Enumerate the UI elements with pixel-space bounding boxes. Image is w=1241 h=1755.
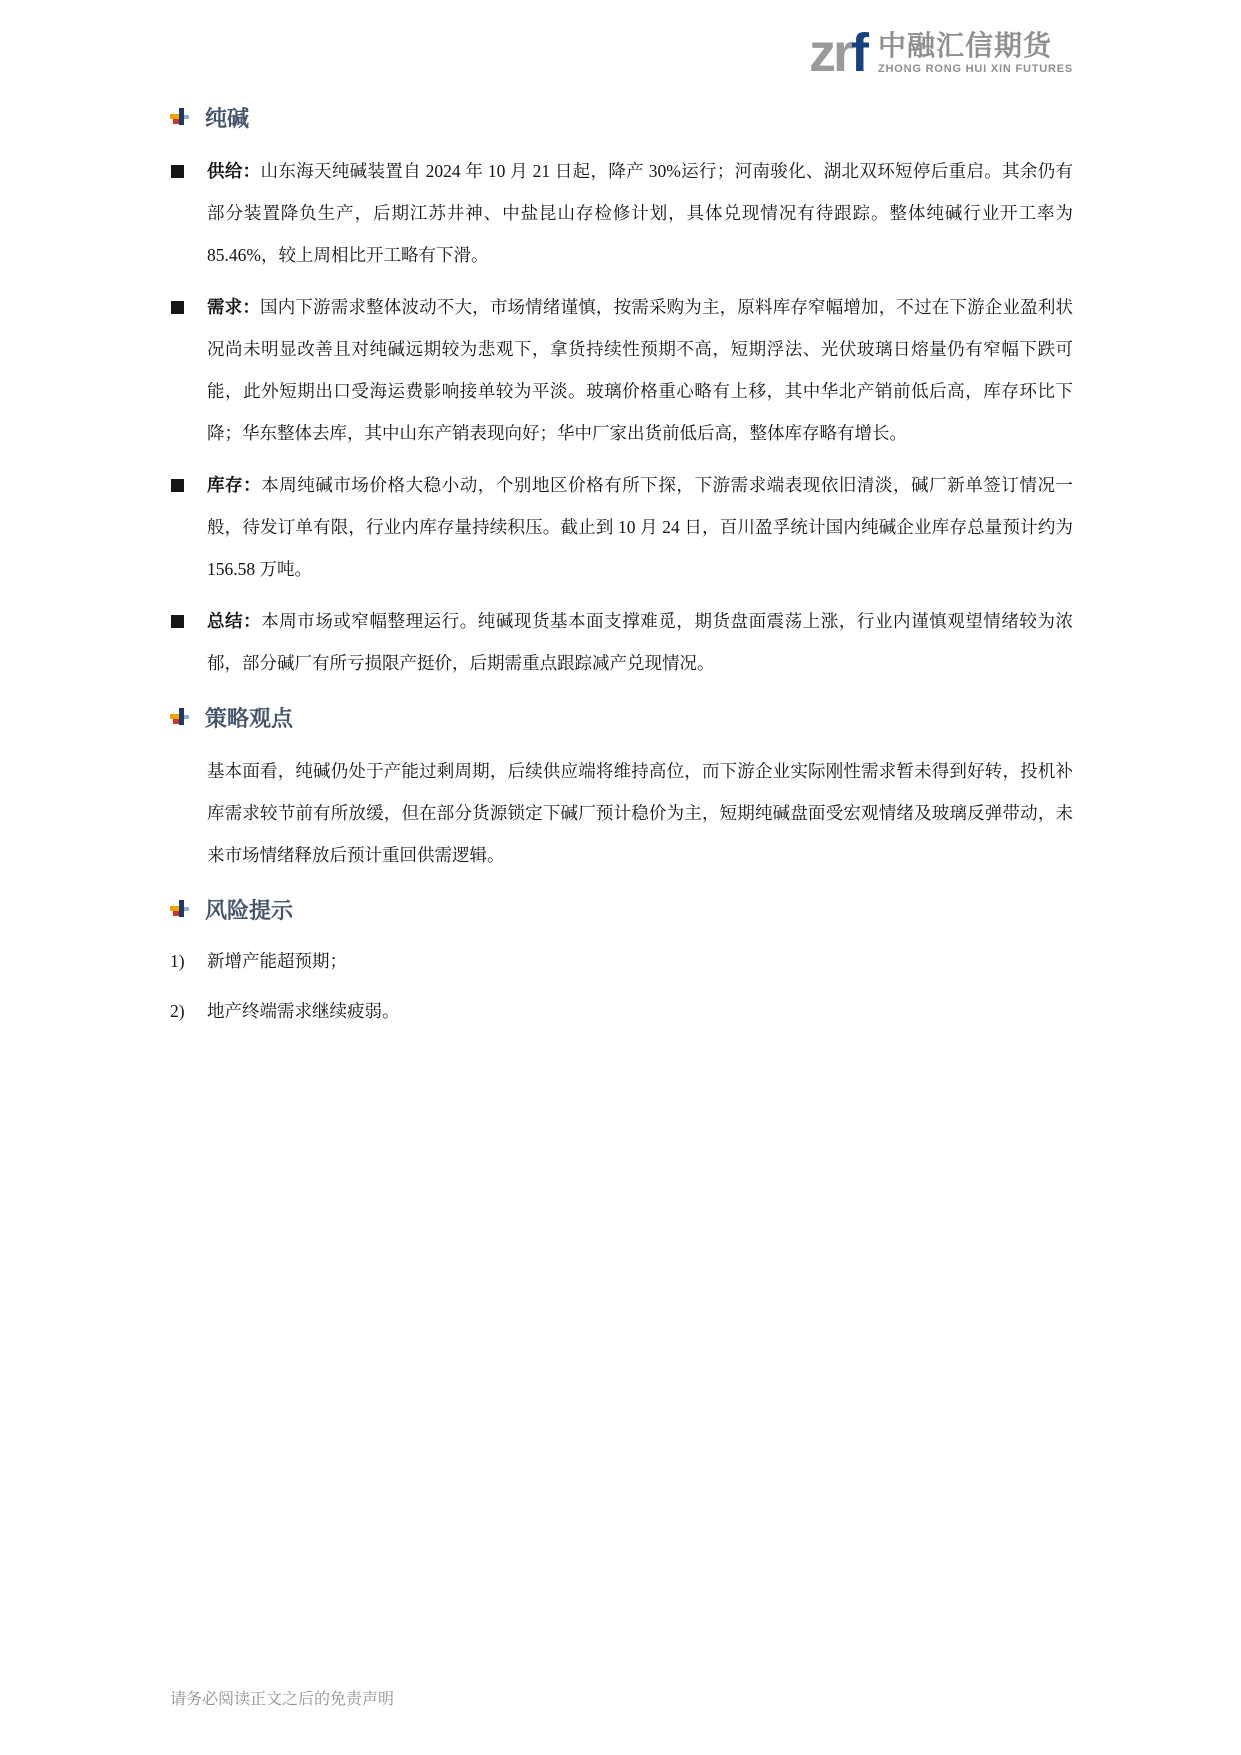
strategy-paragraph: 基本面看，纯碱仍处于产能过剩周期，后续供应端将维持高位，而下游企业实际刚性需求暂… — [170, 750, 1073, 876]
logo-f-text: f — [851, 23, 866, 83]
square-bullet-icon — [171, 615, 184, 628]
supply-paragraph: 供给：山东海天纯碱装置自 2024 年 10 月 21 日起，降产 30%运行；… — [170, 150, 1073, 276]
brand-name-en: ZHONG RONG HUI XIN FUTURES — [878, 63, 1073, 75]
supply-label: 供给： — [207, 161, 261, 181]
summary-label: 总结： — [207, 611, 261, 631]
risk-item-number: 1) — [170, 940, 207, 982]
demand-paragraph: 需求：国内下游需求整体波动不大，市场情绪谨慎，按需采购为主，原料库存窄幅增加，不… — [170, 286, 1073, 454]
report-body: 纯碱 供给：山东海天纯碱装置自 2024 年 10 月 21 日起，降产 30%… — [170, 94, 1073, 1040]
summary-text: 本周市场或窄幅整理运行。纯碱现货基本面支撑难觅，期货盘面震荡上涨，行业内谨慎观望… — [207, 611, 1073, 673]
risk-item: 2)地产终端需求继续疲弱。 — [170, 990, 1073, 1032]
risk-item-text: 新增产能超预期； — [207, 951, 347, 971]
disclaimer-text: 请务必阅读正文之后的免责声明 — [170, 1691, 394, 1708]
windmill-bullet-icon — [170, 707, 190, 727]
section-heading-soda-ash: 纯碱 — [170, 94, 1073, 140]
brand-logo: zrf 中融汇信期货 ZHONG RONG HUI XIN FUTURES — [809, 26, 1073, 80]
section-title: 纯碱 — [205, 102, 249, 133]
supply-text: 山东海天纯碱装置自 2024 年 10 月 21 日起，降产 30%运行；河南骏… — [207, 161, 1073, 265]
square-bullet-icon — [171, 301, 184, 314]
demand-label: 需求： — [207, 297, 260, 317]
section-heading-risk: 风险提示 — [170, 886, 1073, 932]
square-bullet-icon — [171, 479, 184, 492]
windmill-bullet-icon — [170, 107, 190, 127]
risk-item-number: 2) — [170, 990, 207, 1032]
section-title: 策略观点 — [205, 702, 293, 733]
section-title: 风险提示 — [205, 894, 293, 925]
inventory-label: 库存： — [207, 475, 261, 495]
document-page: zrf 中融汇信期货 ZHONG RONG HUI XIN FUTURES 纯碱 — [0, 0, 1241, 1755]
summary-paragraph: 总结：本周市场或窄幅整理运行。纯碱现货基本面支撑难觅，期货盘面震荡上涨，行业内谨… — [170, 600, 1073, 684]
brand-names: 中融汇信期货 ZHONG RONG HUI XIN FUTURES — [878, 31, 1073, 76]
disclaimer-footer: 请务必阅读正文之后的免责声明 — [170, 1686, 394, 1709]
windmill-bullet-icon — [170, 899, 190, 919]
risk-list: 1)新增产能超预期； 2)地产终端需求继续疲弱。 — [170, 940, 1073, 1032]
section-heading-strategy: 策略观点 — [170, 694, 1073, 740]
square-bullet-icon — [171, 165, 184, 178]
risk-item: 1)新增产能超预期； — [170, 940, 1073, 982]
brand-name-cn: 中融汇信期货 — [878, 31, 1073, 62]
strategy-text: 基本面看，纯碱仍处于产能过剩周期，后续供应端将维持高位，而下游企业实际刚性需求暂… — [207, 750, 1073, 876]
inventory-text: 本周纯碱市场价格大稳小动，个别地区价格有所下探，下游需求端表现依旧清淡，碱厂新单… — [207, 475, 1073, 579]
demand-text: 国内下游需求整体波动不大，市场情绪谨慎，按需采购为主，原料库存窄幅增加，不过在下… — [207, 297, 1073, 443]
logo-zrf-mark: zrf — [809, 26, 866, 80]
risk-item-text: 地产终端需求继续疲弱。 — [207, 1001, 400, 1021]
logo-zr-text: zr — [809, 23, 851, 83]
inventory-paragraph: 库存：本周纯碱市场价格大稳小动，个别地区价格有所下探，下游需求端表现依旧清淡，碱… — [170, 464, 1073, 590]
